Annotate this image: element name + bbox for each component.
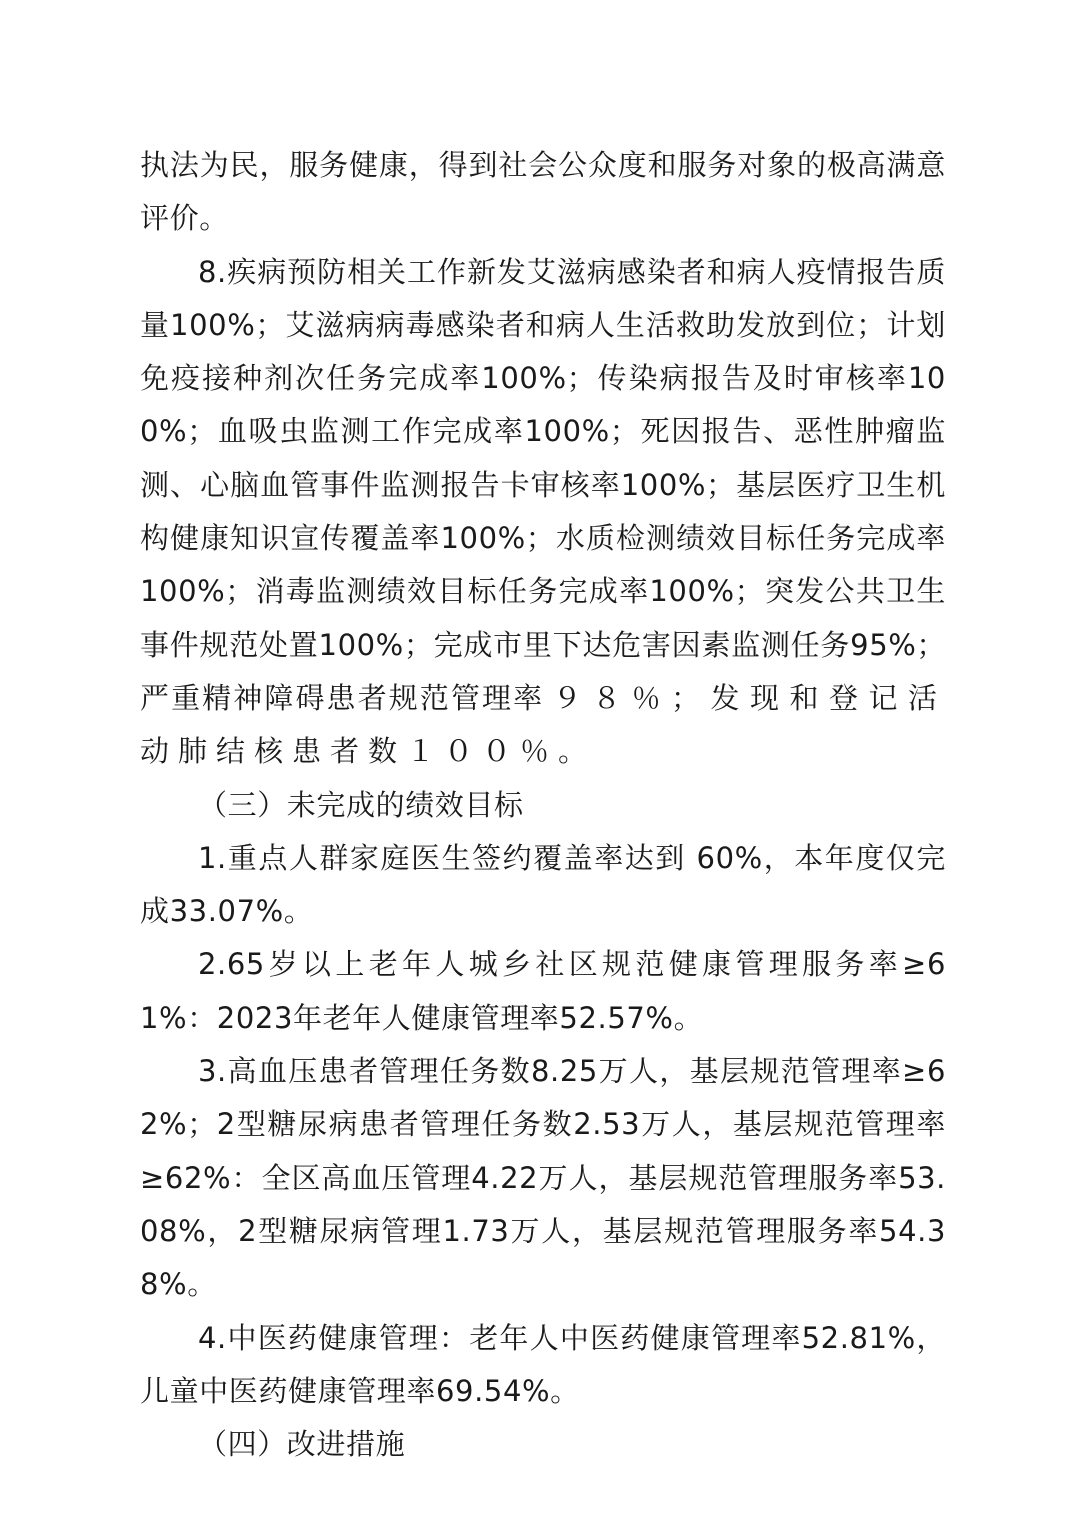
document-page: 执法为民，服务健康，得到社会公众度和服务对象的极高满意评价。 8.疾病预防相关工… xyxy=(140,139,946,1471)
section-heading-improvements: （四）改进措施 xyxy=(140,1418,946,1471)
paragraph-unmet-1: 1.重点人群家庭医生签约覆盖率达到 60%，本年度仅完成33.07%。 xyxy=(140,832,946,939)
paragraph-continuation: 执法为民，服务健康，得到社会公众度和服务对象的极高满意评价。 xyxy=(140,139,946,246)
paragraph-item-8: 8.疾病预防相关工作新发艾滋病感染者和病人疫情报告质量100%；艾滋病病毒感染者… xyxy=(140,246,946,779)
paragraph-unmet-3: 3.高血压患者管理任务数8.25万人，基层规范管理率≥62%；2型糖尿病患者管理… xyxy=(140,1045,946,1311)
paragraph-unmet-4: 4.中医药健康管理：老年人中医药健康管理率52.81%，儿童中医药健康管理率69… xyxy=(140,1312,946,1419)
paragraph-unmet-2: 2.65岁以上老年人城乡社区规范健康管理服务率≥61%：2023年老年人健康管理… xyxy=(140,938,946,1045)
section-heading-unmet-goals: （三）未完成的绩效目标 xyxy=(140,779,946,832)
paragraph-item-8-body: 8.疾病预防相关工作新发艾滋病感染者和病人疫情报告质量100%；艾滋病病毒感染者… xyxy=(140,255,946,715)
